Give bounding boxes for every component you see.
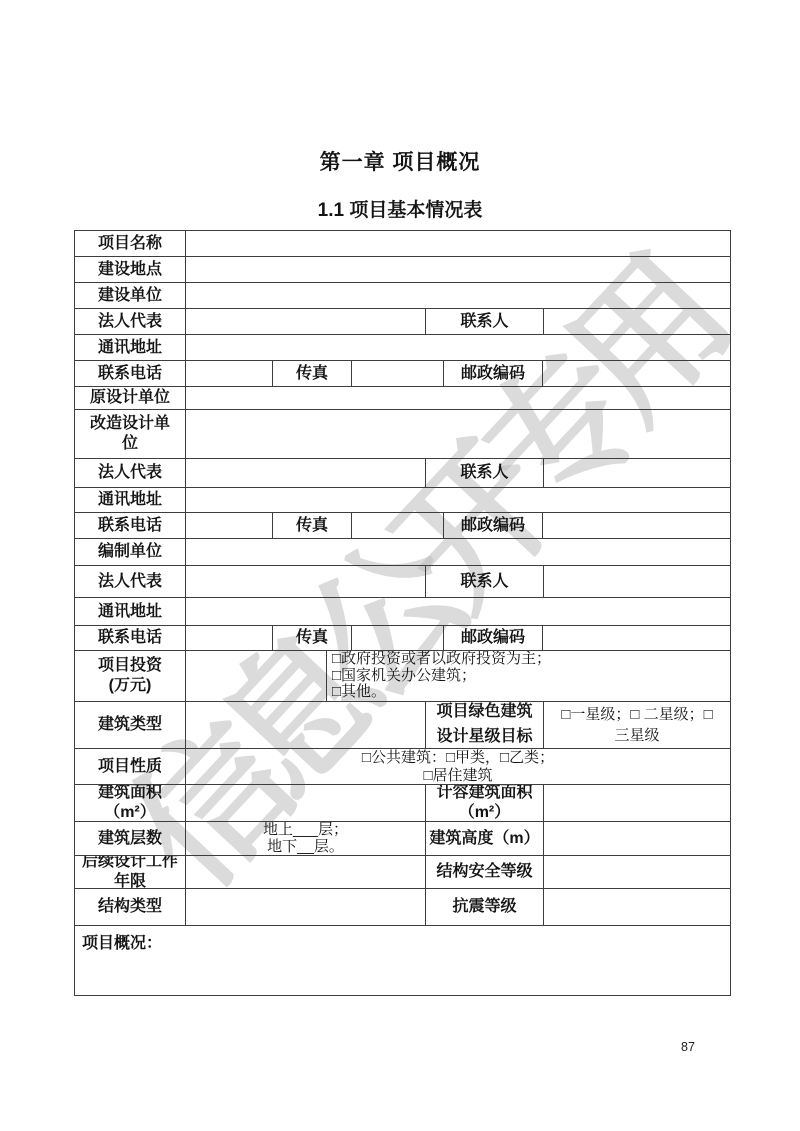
- field-value: [352, 361, 444, 386]
- field-label: 计容建筑面积 （m²）: [426, 785, 544, 821]
- field-label: 通讯地址: [75, 598, 186, 625]
- field-label: 建设单位: [75, 283, 186, 308]
- row-project-name: 项目名称: [75, 231, 730, 257]
- field-value: [543, 513, 730, 538]
- row-project-overview: 项目概况：: [75, 926, 730, 995]
- field-label: 邮政编码: [444, 361, 543, 386]
- field-label: 传真: [273, 626, 352, 650]
- field-label: 建筑层数: [75, 822, 186, 855]
- field-label: 项目性质: [75, 749, 186, 784]
- field-value: [544, 785, 730, 821]
- field-value: [186, 283, 730, 308]
- row-construction-site: 建设地点: [75, 257, 730, 283]
- field-label: 项目绿色建筑 设计星级目标: [426, 702, 544, 748]
- row-structure-type: 结构类型 抗震等级: [75, 889, 730, 926]
- project-nature-checkbox-options: □公共建筑：□甲类，□乙类； □居住建筑: [186, 749, 730, 784]
- field-label: 改造设计单 位: [75, 410, 186, 458]
- field-value: [186, 513, 273, 538]
- field-label: 编制单位: [75, 539, 186, 565]
- row-renovation-design-unit: 改造设计单 位: [75, 410, 730, 459]
- row-postal-address-1: 通讯地址: [75, 335, 730, 361]
- field-label: 传真: [273, 513, 352, 538]
- field-value: [186, 257, 730, 282]
- field-value: [544, 309, 730, 334]
- page-number: 87: [681, 1040, 695, 1054]
- field-value: [186, 856, 426, 888]
- field-value: [186, 889, 426, 925]
- field-label: 联系电话: [75, 513, 186, 538]
- field-label: 邮政编码: [444, 626, 543, 650]
- row-legal-rep-2: 法人代表 联系人: [75, 459, 730, 488]
- field-label: 建筑类型: [75, 702, 186, 748]
- field-label: 邮政编码: [444, 513, 543, 538]
- field-label: 建筑高度（m）: [426, 822, 544, 855]
- field-label: 结构类型: [75, 889, 186, 925]
- row-original-design-unit: 原设计单位: [75, 387, 730, 410]
- row-building-floors: 建筑层数 地上___层； 地下__层。 建筑高度（m）: [75, 822, 730, 856]
- field-label: 联系人: [426, 459, 544, 487]
- field-label: 项目投资 (万元): [75, 651, 186, 701]
- field-value: [186, 702, 426, 748]
- field-value: [186, 539, 730, 565]
- row-compiling-unit: 编制单位: [75, 539, 730, 566]
- row-legal-rep-1: 法人代表 联系人: [75, 309, 730, 335]
- field-label: 联系电话: [75, 626, 186, 650]
- field-value: [186, 785, 426, 821]
- investment-checkbox-options: □政府投资或者以政府投资为主； □国家机关办公建筑； □其他。: [327, 651, 730, 701]
- field-value: [186, 231, 730, 256]
- field-value: [544, 822, 730, 855]
- field-value: [352, 626, 444, 650]
- field-value: [544, 889, 730, 925]
- row-phone-3: 联系电话 传真 邮政编码: [75, 626, 730, 651]
- row-project-investment: 项目投资 (万元) □政府投资或者以政府投资为主； □国家机关办公建筑； □其他…: [75, 651, 730, 702]
- floors-fill-in-value: 地上___层； 地下__层。: [186, 822, 426, 855]
- field-value: [186, 387, 730, 409]
- field-label: 后续设计工作 年限: [75, 856, 186, 888]
- field-value: [544, 856, 730, 888]
- field-value: [186, 598, 730, 625]
- field-value: [186, 566, 426, 597]
- field-value: [352, 513, 444, 538]
- section-title: 1.1 项目基本情况表: [0, 195, 800, 222]
- row-construction-unit: 建设单位: [75, 283, 730, 309]
- row-postal-address-3: 通讯地址: [75, 598, 730, 626]
- green-star-checkbox-options: □一星级；□ 二星级；□ 三星级: [544, 702, 730, 748]
- field-label: 法人代表: [75, 309, 186, 334]
- field-value: [544, 459, 730, 487]
- field-label: 联系电话: [75, 361, 186, 386]
- field-value: [186, 626, 273, 650]
- document-page: 信息公开专用 第一章 项目概况 1.1 项目基本情况表 项目名称 建设地点 建设…: [0, 0, 800, 1131]
- row-postal-address-2: 通讯地址: [75, 488, 730, 513]
- field-value: [186, 410, 730, 458]
- field-value: [186, 488, 730, 512]
- row-phone-1: 联系电话 传真 邮政编码: [75, 361, 730, 387]
- row-phone-2: 联系电话 传真 邮政编码: [75, 513, 730, 539]
- field-label: 抗震等级: [426, 889, 544, 925]
- field-value: [186, 335, 730, 360]
- field-label: 通讯地址: [75, 335, 186, 360]
- field-value: [186, 309, 426, 334]
- row-building-type: 建筑类型 项目绿色建筑 设计星级目标 □一星级；□ 二星级；□ 三星级: [75, 702, 730, 749]
- field-value: [543, 626, 730, 650]
- field-label: 原设计单位: [75, 387, 186, 409]
- field-label: 传真: [273, 361, 352, 386]
- row-project-nature: 项目性质 □公共建筑：□甲类，□乙类； □居住建筑: [75, 749, 730, 785]
- field-label: 法人代表: [75, 459, 186, 487]
- field-label: 建设地点: [75, 257, 186, 282]
- field-label: 结构安全等级: [426, 856, 544, 888]
- row-building-area: 建筑面积 （m²） 计容建筑面积 （m²）: [75, 785, 730, 822]
- row-follow-up-design-years: 后续设计工作 年限 结构安全等级: [75, 856, 730, 889]
- row-legal-rep-3: 法人代表 联系人: [75, 566, 730, 598]
- field-label: 建筑面积 （m²）: [75, 785, 186, 821]
- field-value: [543, 361, 730, 386]
- field-value: [186, 459, 426, 487]
- project-overview-label: 项目概况：: [75, 926, 730, 995]
- project-info-table: 项目名称 建设地点 建设单位 法人代表 联系人 通讯地址 联系电话 传真 邮政编…: [74, 230, 731, 996]
- field-label: 联系人: [426, 566, 544, 597]
- field-label: 法人代表: [75, 566, 186, 597]
- field-value: [544, 566, 730, 597]
- field-label: 联系人: [426, 309, 544, 334]
- field-label: 通讯地址: [75, 488, 186, 512]
- field-label: 项目名称: [75, 231, 186, 256]
- field-value: [186, 361, 273, 386]
- field-value: [186, 651, 327, 701]
- chapter-title: 第一章 项目概况: [0, 146, 800, 176]
